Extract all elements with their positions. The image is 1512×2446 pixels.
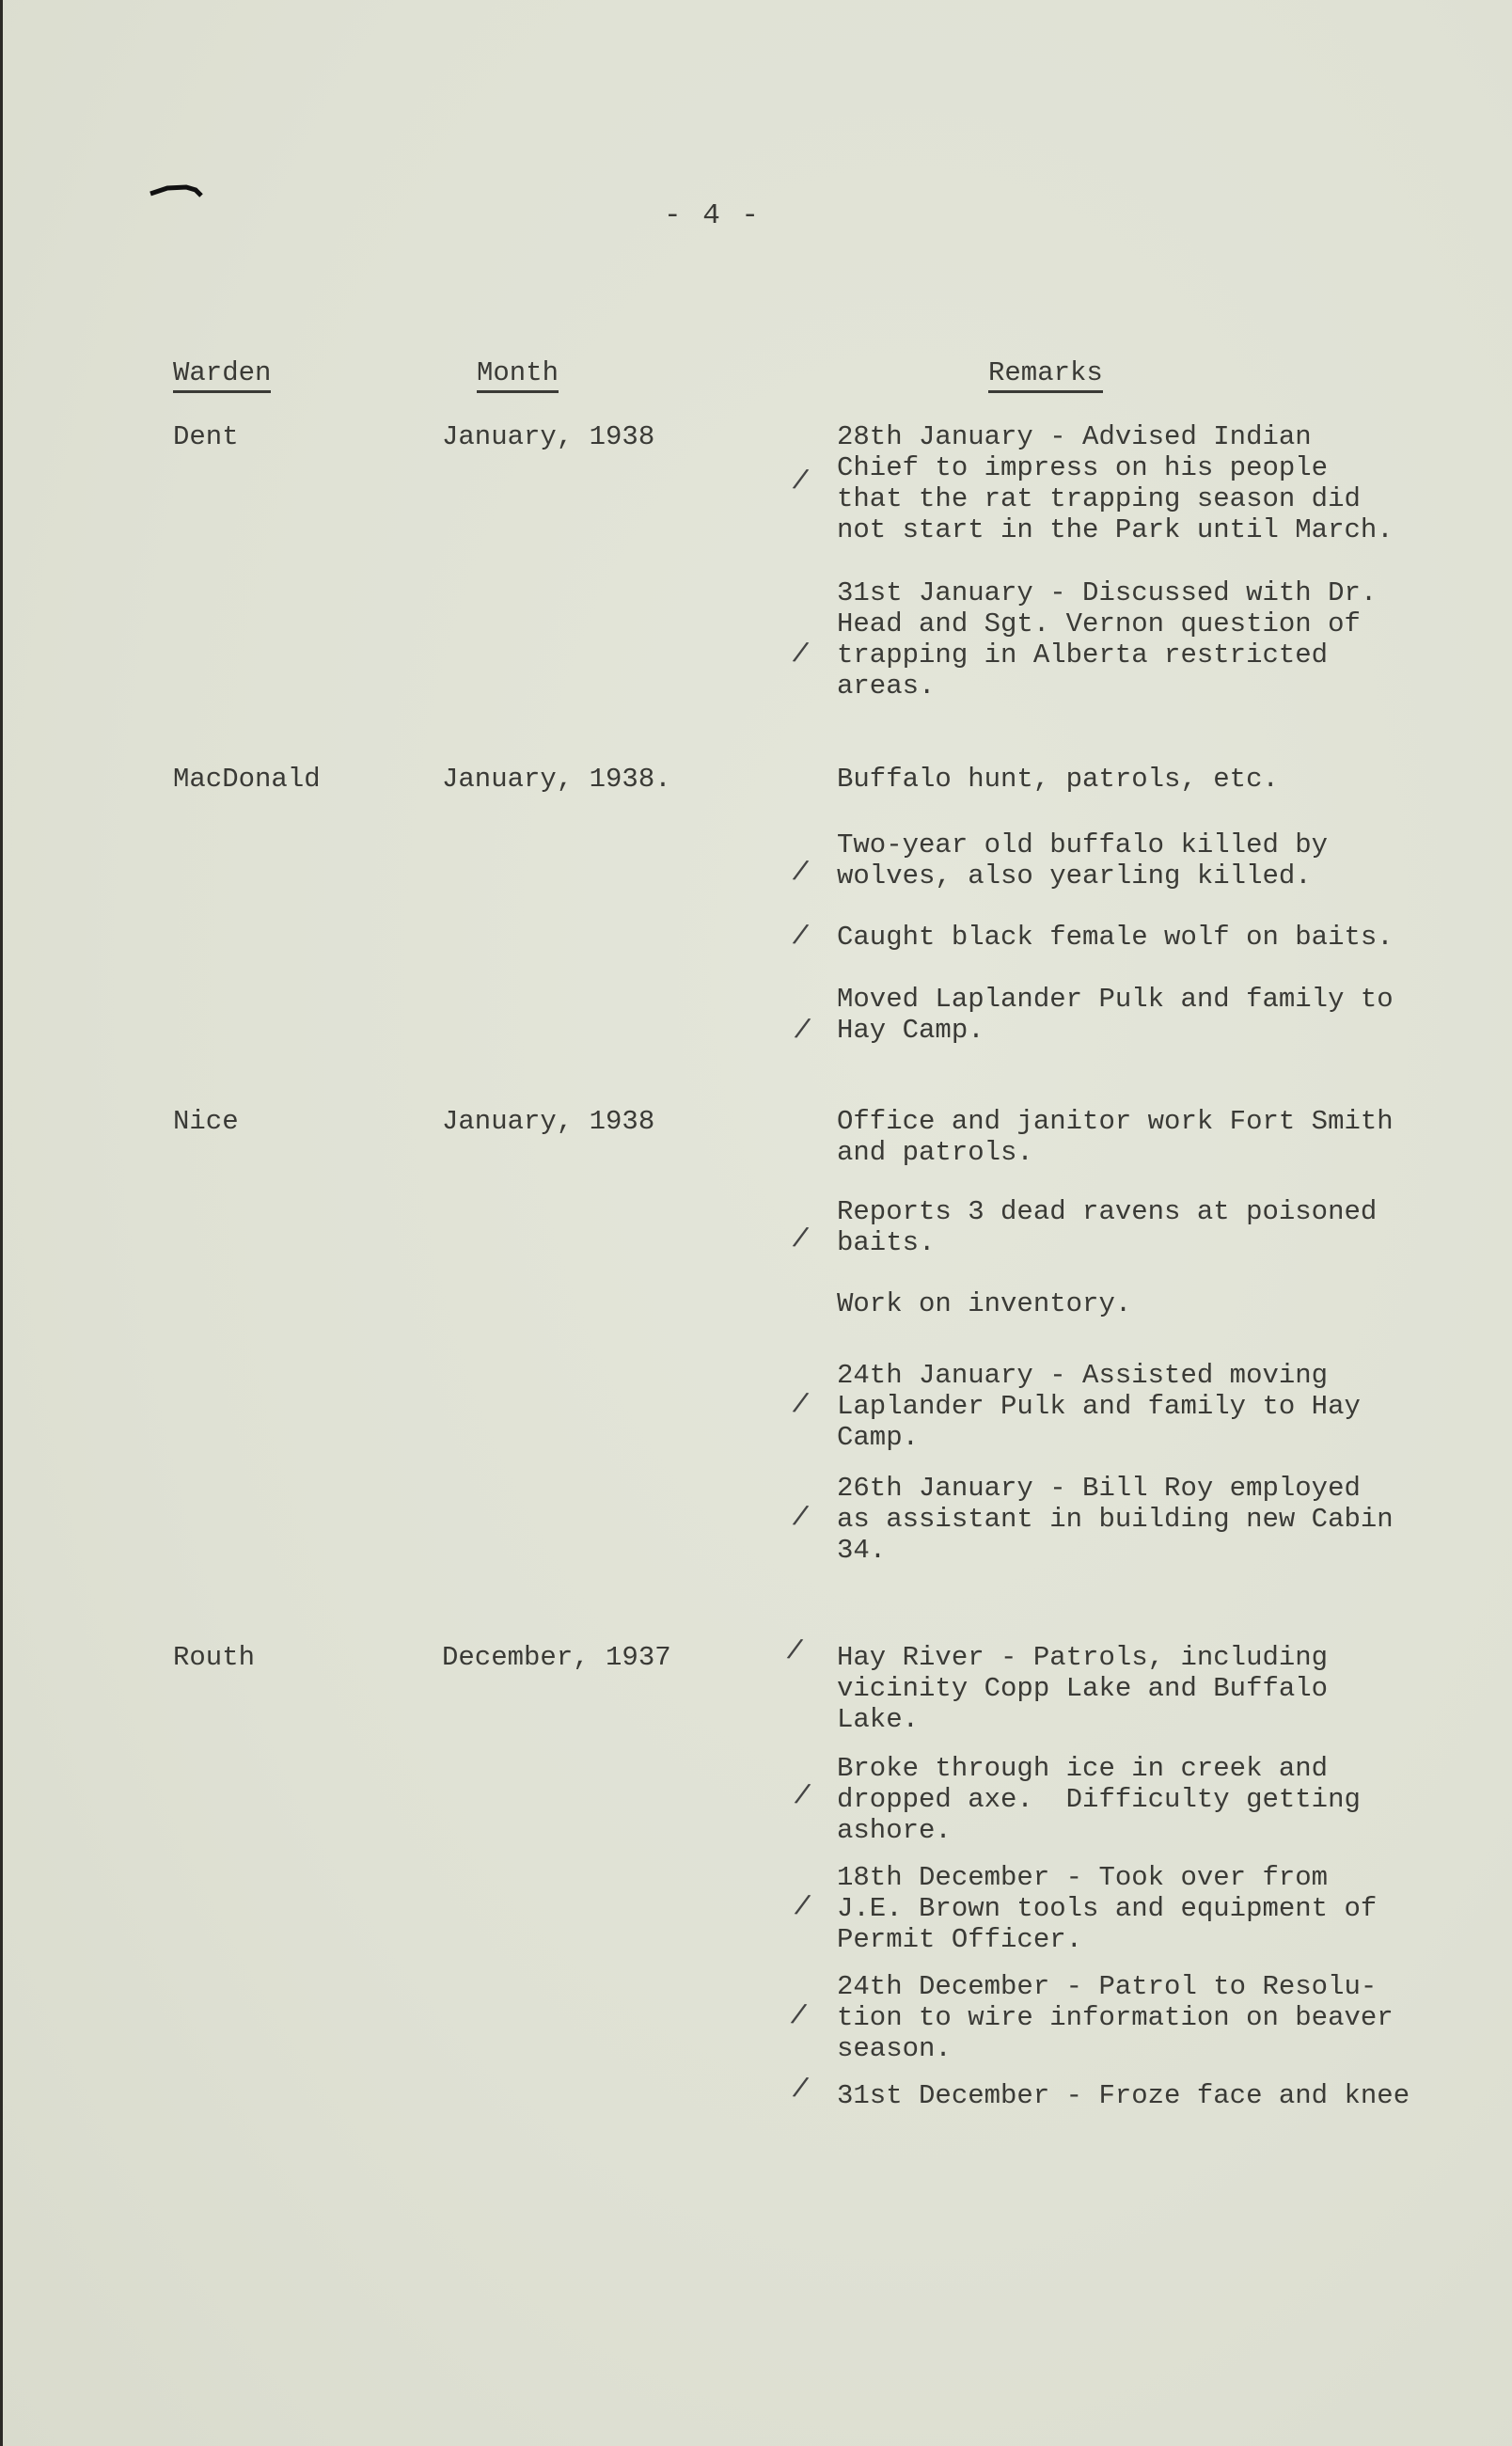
page-number: - 4 -	[664, 199, 761, 232]
remark: Work on inventory.	[837, 1288, 1131, 1319]
warden-name: Nice	[173, 1106, 239, 1137]
remark: Moved Laplander Pulk and family to Hay C…	[837, 984, 1394, 1046]
warden-name: Dent	[173, 421, 239, 452]
month: December, 1937	[442, 1642, 671, 1673]
remark: 31st January - Discussed with Dr. Head a…	[837, 577, 1377, 702]
remark: Caught black female wolf on baits.	[837, 922, 1394, 953]
header-warden: Warden	[173, 357, 271, 388]
remark: 24th January - Assisted moving Laplander…	[837, 1360, 1361, 1453]
warden-name: Routh	[173, 1642, 255, 1673]
remark: Office and janitor work Fort Smith and p…	[837, 1106, 1394, 1168]
remark: Buffalo hunt, patrols, etc.	[837, 764, 1279, 795]
warden-name: MacDonald	[173, 764, 321, 795]
month: January, 1938.	[442, 764, 671, 795]
page-edge	[0, 0, 3, 2446]
remark: 31st December - Froze face and knee	[837, 2080, 1410, 2111]
remark: Hay River - Patrols, including vicinity …	[837, 1642, 1328, 1735]
remark: 26th January - Bill Roy employed as assi…	[837, 1473, 1394, 1566]
staple-mark-icon	[149, 184, 203, 197]
remark: 18th December - Took over from J.E. Brow…	[837, 1862, 1377, 1955]
month: January, 1938	[442, 421, 654, 452]
remark: Reports 3 dead ravens at poisoned baits.	[837, 1196, 1377, 1258]
remark: Broke through ice in creek and dropped a…	[837, 1753, 1361, 1846]
header-month: Month	[477, 357, 559, 388]
month: January, 1938	[442, 1106, 654, 1137]
remark: 24th December - Patrol to Resolu- tion t…	[837, 1971, 1394, 2064]
remark: Two-year old buffalo killed by wolves, a…	[837, 829, 1328, 892]
remark: 28th January - Advised Indian Chief to i…	[837, 421, 1394, 545]
header-remarks: Remarks	[988, 357, 1103, 388]
